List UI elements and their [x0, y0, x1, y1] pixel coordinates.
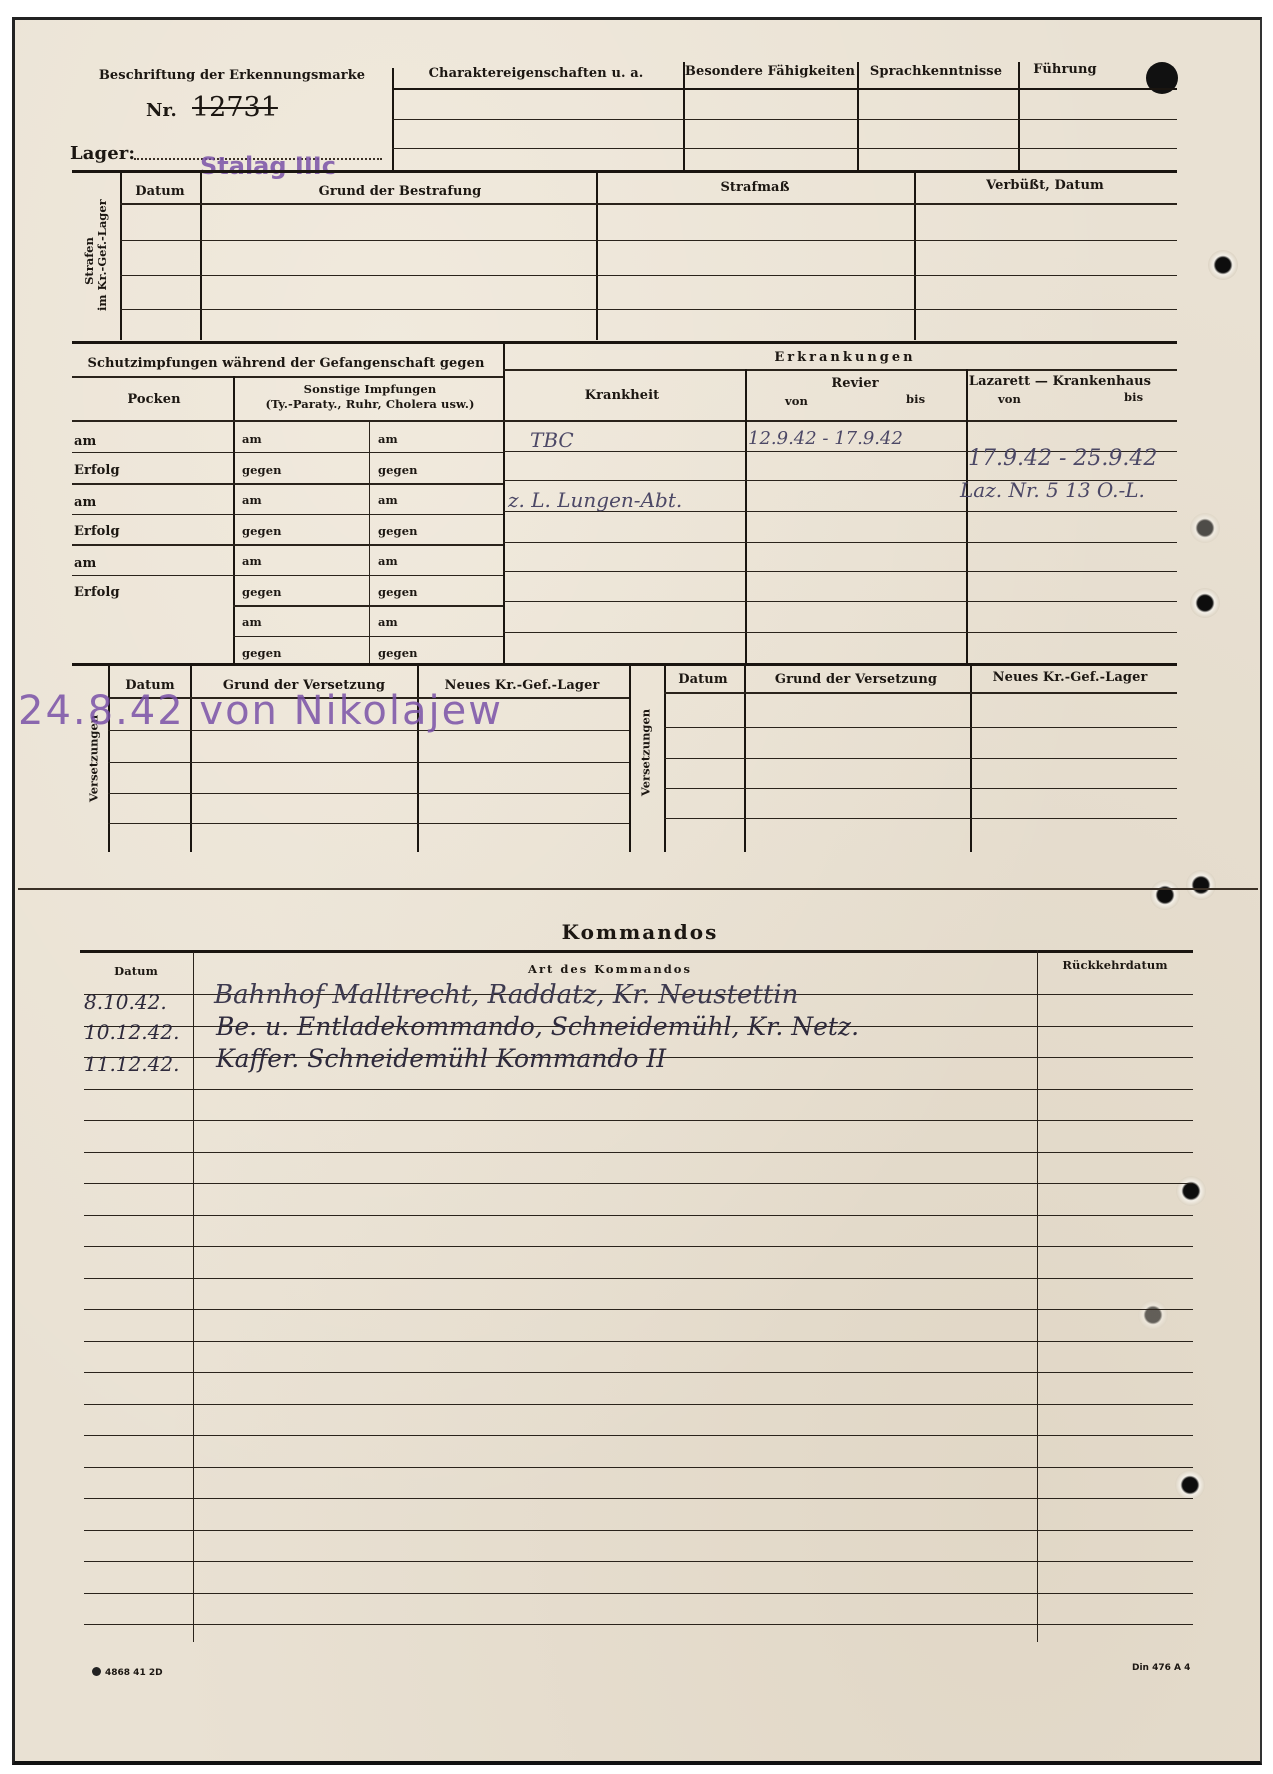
divider — [596, 172, 598, 340]
rule — [84, 1404, 193, 1405]
pocken-row: am — [74, 495, 96, 510]
divider — [914, 172, 916, 340]
rule — [1037, 1152, 1193, 1153]
rule — [193, 1120, 1037, 1121]
rule — [233, 605, 503, 607]
kommando-art: Kaffer. Schneidemühl Kommando II — [216, 1044, 666, 1073]
rule — [193, 1467, 1037, 1468]
footer-right: Din 476 A 4 — [1132, 1663, 1190, 1673]
rule — [503, 369, 1177, 371]
printer-mark-icon — [92, 1667, 101, 1676]
vaccinations-title: Schutzimpfungen während der Gefangenscha… — [87, 356, 484, 371]
rule — [72, 663, 1177, 666]
rule — [193, 1530, 1037, 1531]
lager-stamp: Stalag IIIc — [200, 152, 336, 180]
col-art-kommando: Art des Kommandos — [528, 962, 692, 976]
kommando-art: Be. u. Entladekommando, Schneidemühl, Kr… — [216, 1012, 859, 1041]
rule — [72, 483, 233, 485]
rule — [1037, 1593, 1193, 1594]
rule — [233, 636, 503, 637]
rule — [664, 727, 1177, 728]
rule — [1037, 1561, 1193, 1562]
col-rueckkehrdatum: Rückkehrdatum — [1062, 958, 1167, 972]
rule — [664, 692, 1177, 694]
rule — [193, 1341, 1037, 1342]
other-vacc-row: gegen — [242, 646, 282, 660]
punch-hole — [1175, 1470, 1205, 1500]
illness-entry: z. L. Lungen-Abt. — [508, 488, 682, 512]
rule — [1037, 1026, 1193, 1027]
punch-hole — [1138, 1300, 1168, 1330]
divider — [966, 369, 968, 663]
rule — [1037, 1372, 1193, 1373]
rule — [84, 1467, 193, 1468]
rule — [233, 452, 503, 453]
footer-left: 4868 41 2D — [92, 1667, 163, 1678]
kommando-date: 11.12.42. — [84, 1052, 179, 1076]
rule — [1037, 994, 1193, 995]
transfer-stamp: 24.8.42 von Nikolajew — [18, 688, 503, 734]
rule — [84, 1183, 193, 1184]
rule — [72, 452, 233, 453]
other-vacc-label-1: Sonstige Impfungen — [304, 382, 437, 396]
rule — [84, 1435, 193, 1436]
rule — [193, 1246, 1037, 1247]
rule — [72, 170, 1177, 173]
rule — [1037, 1467, 1193, 1468]
lazarett-bis-label: bis — [1124, 390, 1143, 404]
rule — [1037, 1246, 1193, 1247]
divider — [193, 952, 194, 1642]
rule — [72, 544, 233, 546]
rule — [72, 514, 233, 515]
punch-hole — [1208, 250, 1238, 280]
rule — [193, 1152, 1037, 1153]
divider — [200, 172, 202, 340]
rule — [503, 542, 1177, 543]
col-fuehrung: Führung — [1033, 62, 1096, 77]
rule — [1037, 1341, 1193, 1342]
kommandos-title: Kommandos — [562, 920, 719, 944]
rule — [84, 1089, 193, 1090]
rule — [84, 1624, 193, 1625]
rule — [193, 1624, 1037, 1625]
divider — [503, 343, 505, 663]
col-verbuesst: Verbüßt, Datum — [986, 178, 1104, 193]
rule — [193, 1498, 1037, 1499]
rule — [392, 148, 1177, 149]
col-datum: Datum — [135, 184, 184, 199]
other-vacc-row: am — [242, 615, 262, 629]
col-grund-bestrafung: Grund der Bestrafung — [319, 184, 482, 199]
other-vacc-label-2: (Ty.-Paraty., Ruhr, Cholera usw.) — [265, 397, 474, 411]
col-sprachen: Sprachkenntnisse — [870, 64, 1002, 79]
revier-von-label: von — [785, 394, 808, 408]
rule — [193, 1404, 1037, 1405]
rule — [193, 1089, 1037, 1090]
lazarett-label: Lazarett — Krankenhaus — [969, 374, 1151, 389]
transfers-right-side-label: Versetzungen — [640, 703, 653, 803]
punishments-side-label: Strafen im Kr.-Gef.-Lager — [83, 211, 109, 311]
rule — [1037, 1089, 1193, 1090]
pocken-label: Pocken — [127, 392, 180, 407]
rule — [120, 240, 1177, 241]
rule — [193, 1215, 1037, 1216]
rule — [120, 275, 1177, 276]
other-vacc-row: gegen — [378, 463, 418, 477]
col-datum: Datum — [114, 964, 158, 978]
rule — [664, 818, 1177, 819]
divider — [1037, 950, 1038, 1642]
rule — [193, 1593, 1037, 1594]
divider — [1018, 62, 1020, 170]
rule — [84, 1246, 193, 1247]
other-vacc-row: gegen — [378, 585, 418, 599]
lazarett-entry: Laz. Nr. 5 13 O.-L. — [960, 478, 1145, 502]
rule — [84, 1498, 193, 1499]
other-vacc-row: am — [378, 554, 398, 568]
col-grund-versetzung: Grund der Versetzung — [775, 672, 937, 687]
lager-label: Lager: — [70, 143, 135, 164]
rule — [233, 514, 503, 515]
revier-label: Revier — [831, 376, 878, 391]
rule — [84, 1215, 193, 1216]
rule — [503, 571, 1177, 572]
rule — [72, 376, 503, 378]
nr-value: 12731 — [192, 92, 278, 123]
rule — [80, 950, 1193, 953]
rule — [392, 88, 1177, 90]
rule — [84, 1530, 193, 1531]
divider — [120, 172, 122, 340]
lazarett-von-label: von — [998, 392, 1021, 406]
pocken-row: Erfolg — [74, 463, 120, 478]
other-vacc-row: gegen — [242, 585, 282, 599]
rule — [233, 483, 503, 485]
rule — [84, 1593, 193, 1594]
rule — [120, 203, 1177, 205]
punch-hole — [1190, 513, 1220, 543]
rule — [193, 1278, 1037, 1279]
other-vacc-row: gegen — [242, 524, 282, 538]
rule — [84, 1152, 193, 1153]
rule — [84, 1309, 193, 1310]
col-faehigkeiten: Besondere Fähigkeiten — [685, 64, 855, 79]
revier-bis-label: bis — [906, 392, 925, 406]
rule — [193, 1561, 1037, 1562]
illnesses-title: Erkrankungen — [774, 350, 915, 365]
nr-label: Nr. — [146, 100, 177, 121]
tag-label: Beschriftung der Erkennungsmarke — [99, 68, 365, 83]
kommando-date: 10.12.42. — [84, 1020, 179, 1044]
pocken-row: Erfolg — [74, 524, 120, 539]
kommando-date: 8.10.42. — [84, 990, 167, 1014]
pocken-row: am — [74, 556, 96, 571]
rule — [108, 793, 629, 794]
krankheit-label: Krankheit — [585, 388, 660, 403]
rule — [72, 575, 233, 576]
rule — [120, 309, 1177, 310]
other-vacc-row: am — [242, 554, 262, 568]
col-charakter: Charaktereigenschaften u. a. — [429, 66, 644, 81]
rule — [72, 420, 1177, 422]
pocken-row: am — [74, 434, 96, 449]
rule — [233, 575, 503, 576]
divider — [629, 665, 631, 852]
rule — [1037, 1183, 1193, 1184]
rule — [193, 1309, 1037, 1310]
rule — [72, 341, 1177, 344]
divider — [857, 62, 859, 170]
revier-entry: 12.9.42 - 17.9.42 — [748, 428, 903, 449]
rule — [1037, 1498, 1193, 1499]
punch-hole — [1150, 880, 1180, 910]
rule — [108, 762, 629, 763]
rule — [193, 1372, 1037, 1373]
punch-hole — [1190, 588, 1220, 618]
lazarett-entry: 17.9.42 - 25.9.42 — [968, 446, 1157, 471]
other-vacc-row: am — [242, 432, 262, 446]
other-vacc-row: gegen — [378, 524, 418, 538]
rule — [664, 758, 1177, 759]
punch-hole — [1186, 870, 1216, 900]
divider — [745, 369, 747, 663]
rule — [1037, 1120, 1193, 1121]
rule — [233, 544, 503, 546]
other-vacc-row: am — [378, 432, 398, 446]
other-vacc-row: am — [378, 493, 398, 507]
rule — [84, 1120, 193, 1121]
rule — [1037, 1215, 1193, 1216]
col-strafmass: Strafmaß — [720, 180, 789, 195]
rule — [1037, 1435, 1193, 1436]
kommando-art: Bahnhof Malltrecht, Raddatz, Kr. Neustet… — [214, 980, 798, 1010]
rule — [1037, 1404, 1193, 1405]
divider — [369, 420, 370, 663]
col-neues-lager: Neues Kr.-Gef.-Lager — [993, 670, 1148, 685]
other-vacc-row: gegen — [378, 646, 418, 660]
rule — [1037, 1278, 1193, 1279]
rule — [84, 1372, 193, 1373]
illness-entry: TBC — [530, 428, 574, 452]
rule — [1037, 1309, 1193, 1310]
rule — [503, 632, 1177, 633]
rule — [84, 1561, 193, 1562]
rule — [84, 1278, 193, 1279]
rule — [84, 1341, 193, 1342]
rule — [193, 1435, 1037, 1436]
rule — [664, 788, 1177, 789]
rule — [193, 1183, 1037, 1184]
rule — [108, 823, 629, 824]
fold-line — [18, 888, 1258, 890]
rule — [1037, 1057, 1193, 1058]
rule — [503, 601, 1177, 602]
other-vacc-row: gegen — [242, 463, 282, 477]
other-vacc-row: am — [378, 615, 398, 629]
col-datum: Datum — [678, 672, 727, 687]
other-vacc-row: am — [242, 493, 262, 507]
rule — [392, 119, 1177, 120]
punch-hole — [1176, 1176, 1206, 1206]
pocken-row: Erfolg — [74, 585, 120, 600]
rule — [1037, 1530, 1193, 1531]
rule — [1037, 1624, 1193, 1625]
